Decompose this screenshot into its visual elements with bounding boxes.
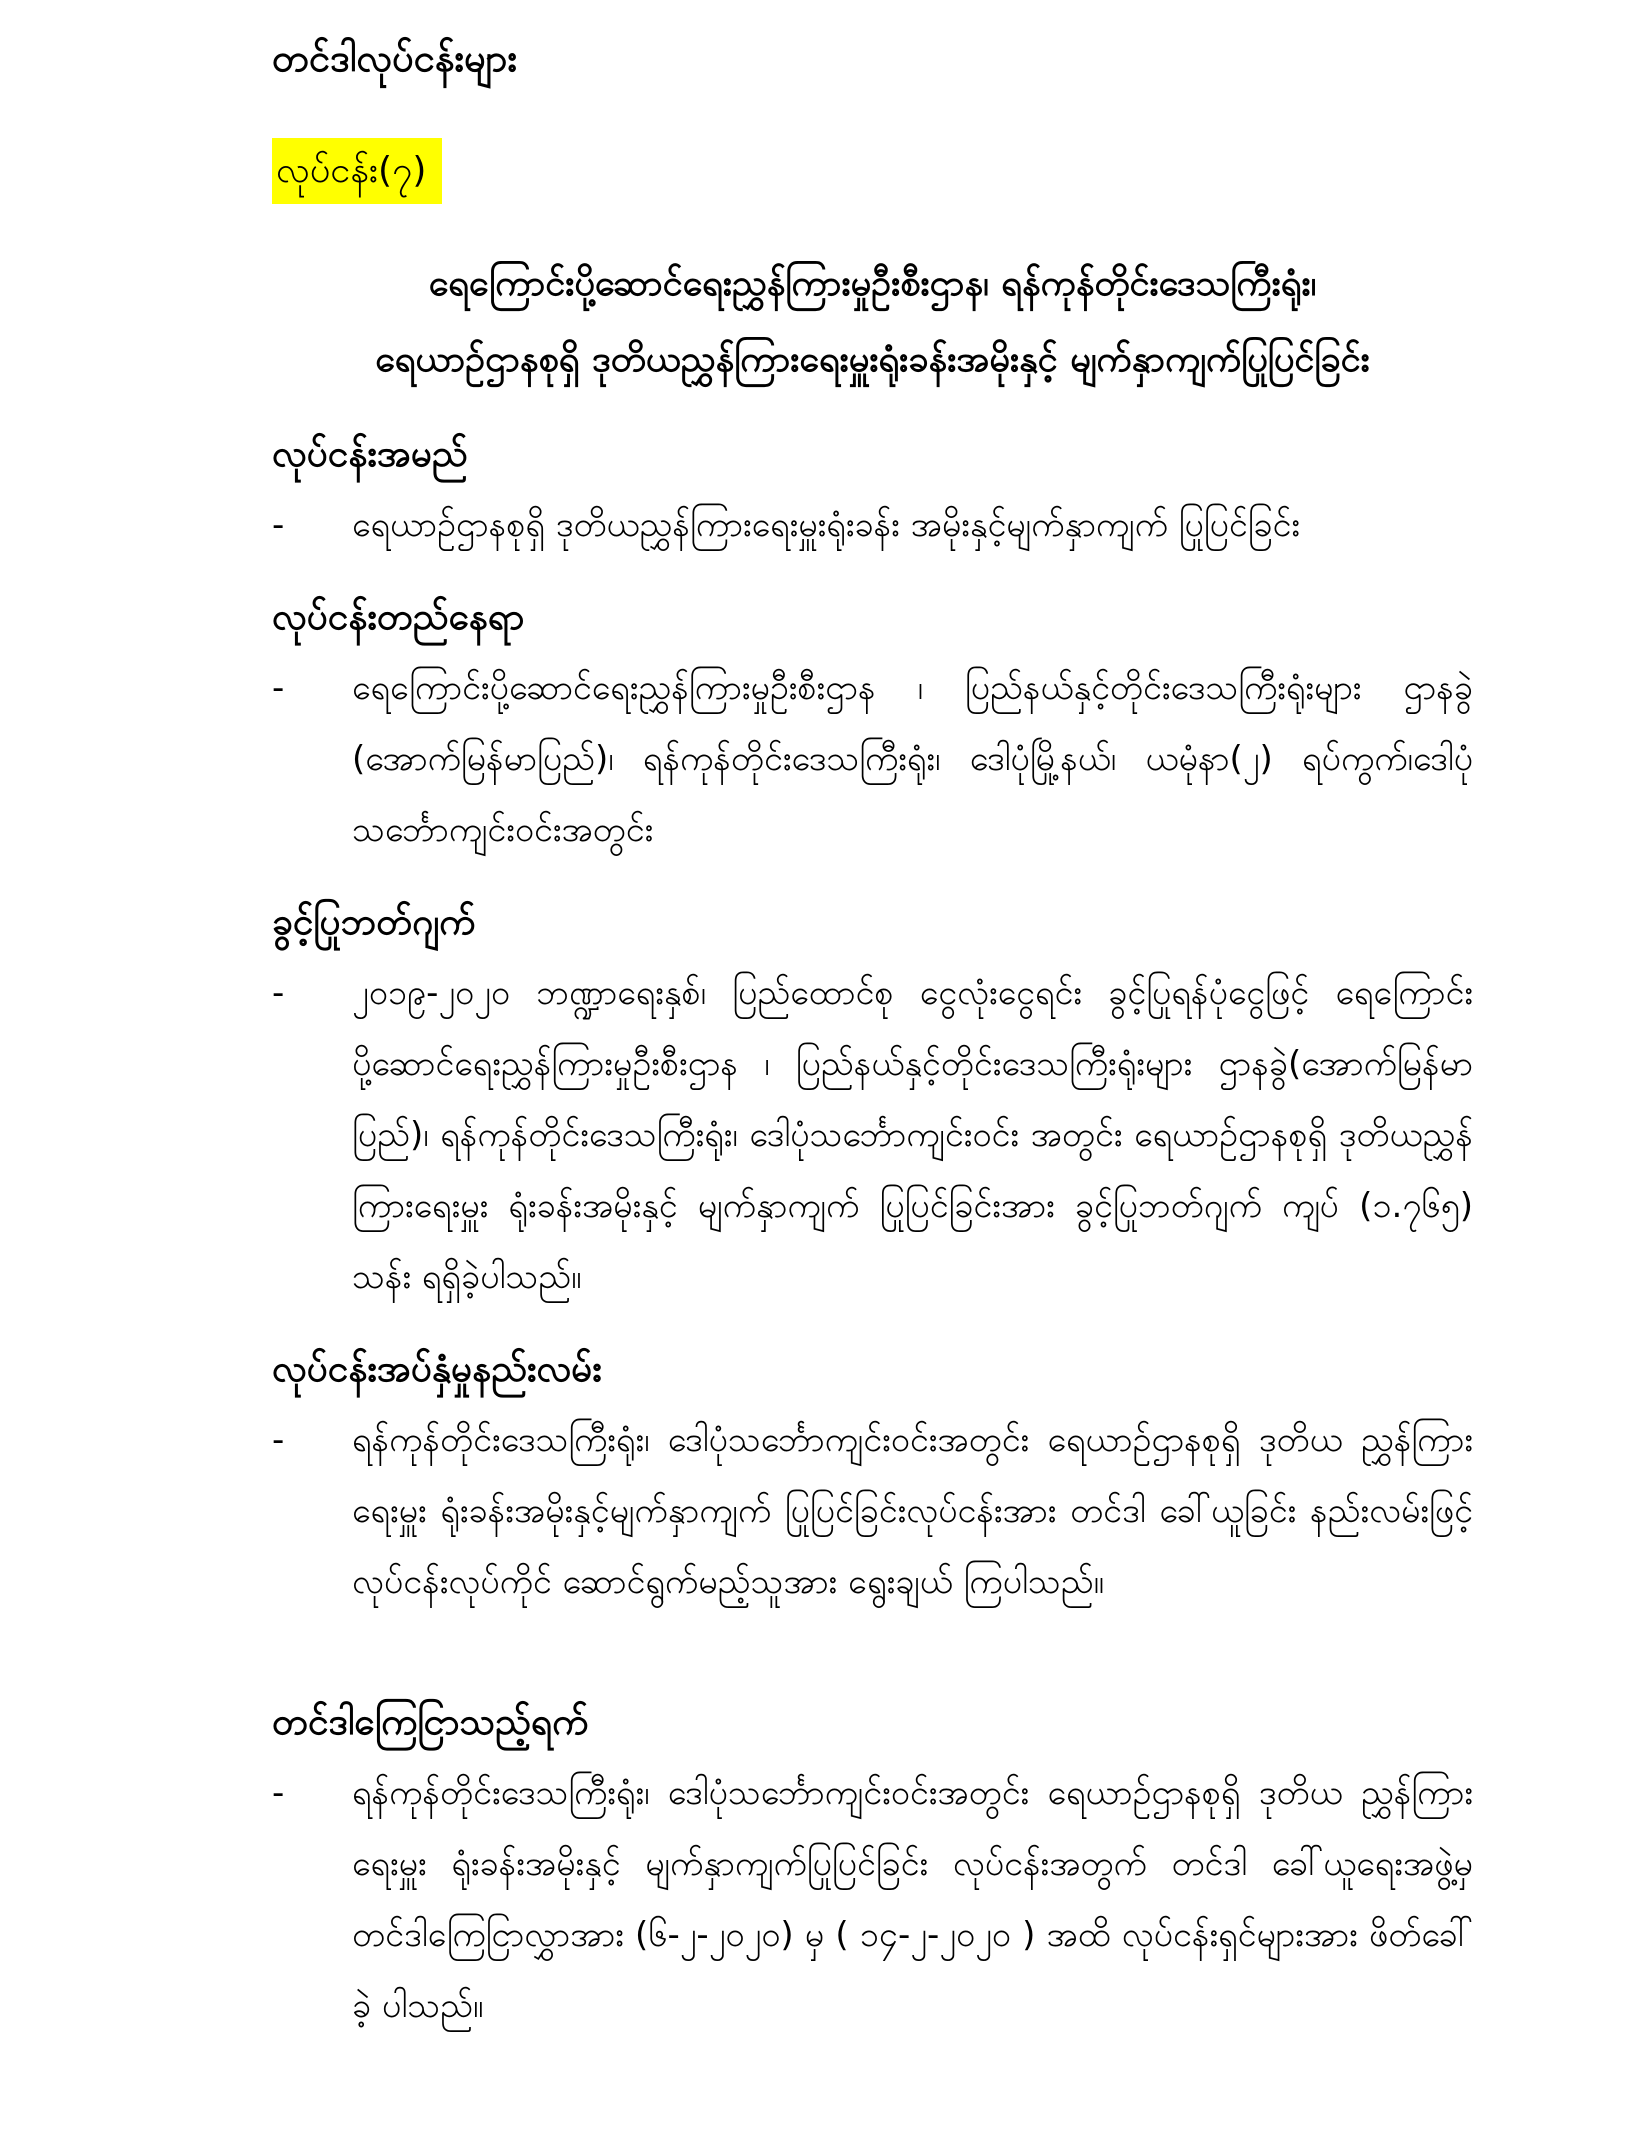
section-heading: လုပ်ငန်းတည်နေရာ	[272, 589, 1473, 645]
section-heading: တင်ဒါကြေငြာသည့်ရက်	[272, 1694, 1473, 1750]
bullet-item: - ၂၀၁၉-၂၀၂၀ ဘဏ္ဍာရေးနှစ်၊ ပြည်ထောင်စု ငွ…	[272, 958, 1473, 1313]
bullet-text: ရေယာဉ်ဌာနစုရှိ ဒုတိယညွှန်ကြားရေးမှူးရုံး…	[352, 490, 1473, 561]
highlight-row: လုပ်ငန်း(၇)	[272, 138, 1473, 204]
bullet-item: - ရေကြောင်းပို့ဆောင်ရေးညွှန်ကြားမှုဦးစီး…	[272, 653, 1473, 866]
document-title-line1: ရေကြောင်းပို့ဆောင်ရေးညွှန်ကြားမှုဦးစီးဌာ…	[272, 246, 1473, 322]
bullet-dash: -	[272, 1758, 352, 1829]
section-assignment-method: လုပ်ငန်းအပ်နှံမှုနည်းလမ်း - ရန်ကုန်တိုင်…	[272, 1341, 1473, 1618]
bullet-dash: -	[272, 958, 352, 1029]
bullet-item: - ရေယာဉ်ဌာနစုရှိ ဒုတိယညွှန်ကြားရေးမှူးရု…	[272, 490, 1473, 561]
bullet-item: - ရန်ကုန်တိုင်းဒေသကြီးရုံး၊ ဒေါပုံသင်္ဘေ…	[272, 1758, 1473, 2042]
section-work-name: လုပ်ငန်းအမည် - ရေယာဉ်ဌာနစုရှိ ဒုတိယညွှန်…	[272, 426, 1473, 561]
section-heading: လုပ်ငန်းအမည်	[272, 426, 1473, 482]
section-heading: ခွင့်ပြုဘတ်ဂျက်	[272, 894, 1473, 950]
page-title: တင်ဒါလုပ်ငန်းများ	[272, 30, 1473, 86]
section-approved-budget: ခွင့်ပြုဘတ်ဂျက် - ၂၀၁၉-၂၀၂၀ ဘဏ္ဍာရေးနှစ်…	[272, 894, 1473, 1313]
document-title-line2: ရေယာဉ်ဌာနစုရှိ ဒုတိယညွှန်ကြားရေးမှူးရုံး…	[272, 322, 1473, 398]
section-tender-announcement-date: တင်ဒါကြေငြာသည့်ရက် - ရန်ကုန်တိုင်းဒေသကြီ…	[272, 1694, 1473, 2042]
bullet-text: ရန်ကုန်တိုင်းဒေသကြီးရုံး၊ ဒေါပုံသင်္ဘောက…	[352, 1405, 1473, 1618]
bullet-text: ၂၀၁၉-၂၀၂၀ ဘဏ္ဍာရေးနှစ်၊ ပြည်ထောင်စု ငွေလ…	[352, 958, 1473, 1313]
highlighted-work-number: လုပ်ငန်း(၇)	[272, 138, 442, 204]
section-work-location: လုပ်ငန်းတည်နေရာ - ရေကြောင်းပို့ဆောင်ရေးည…	[272, 589, 1473, 866]
section-heading: လုပ်ငန်းအပ်နှံမှုနည်းလမ်း	[272, 1341, 1473, 1397]
bullet-dash: -	[272, 653, 352, 724]
document-title: ရေကြောင်းပို့ဆောင်ရေးညွှန်ကြားမှုဦးစီးဌာ…	[272, 246, 1473, 398]
bullet-dash: -	[272, 490, 352, 561]
bullet-text: ရန်ကုန်တိုင်းဒေသကြီးရုံး၊ ဒေါပုံသင်္ဘောက…	[352, 1758, 1473, 2042]
bullet-text: ရေကြောင်းပို့ဆောင်ရေးညွှန်ကြားမှုဦးစီးဌာ…	[352, 653, 1473, 866]
bullet-dash: -	[272, 1405, 352, 1476]
bullet-item: - ရန်ကုန်တိုင်းဒေသကြီးရုံး၊ ဒေါပုံသင်္ဘေ…	[272, 1405, 1473, 1618]
